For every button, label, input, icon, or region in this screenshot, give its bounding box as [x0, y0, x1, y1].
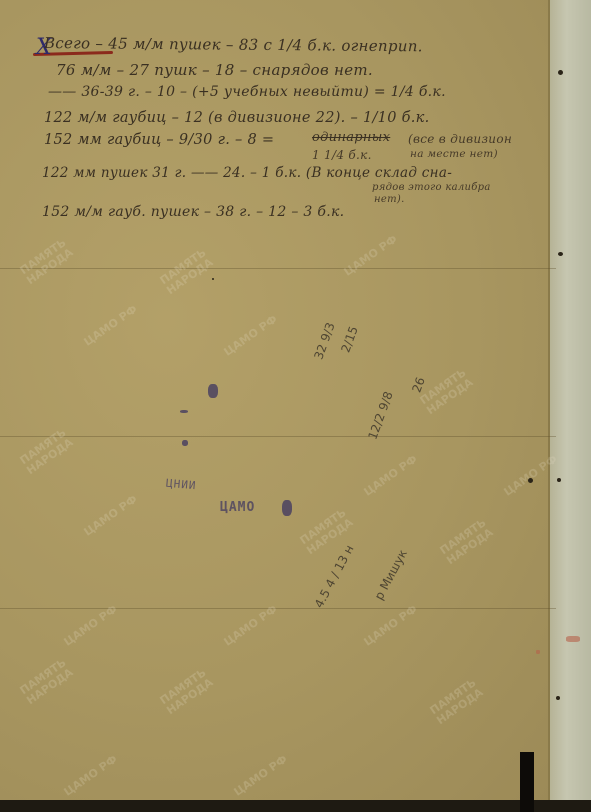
scan-bottom-border — [0, 800, 591, 812]
stamp-fragment — [282, 500, 292, 516]
ink-spot — [557, 478, 561, 482]
ink-spot — [528, 478, 533, 483]
handwritten-note: нет). — [374, 194, 405, 205]
stamp-text: ЦАМО — [220, 500, 255, 515]
handwritten-line: 152 м/м гауб. пушек – 38 г. – 12 – 3 б.к… — [42, 204, 344, 220]
handwritten-line: Всего – 45 м/м пушек – 83 с 1/4 б.к. огн… — [44, 34, 423, 55]
ink-spot — [556, 696, 560, 700]
binding-tab — [520, 752, 534, 812]
stamp-fragment — [180, 410, 188, 413]
handwritten-line: —— 36-39 г. – 10 – (+5 учебных невыйти) … — [48, 84, 446, 100]
fold-line — [0, 268, 556, 269]
fold-line — [0, 436, 556, 437]
ink-spot — [558, 252, 563, 256]
ink-spot — [558, 70, 563, 75]
rust-stain — [536, 650, 540, 654]
handwritten-line: 152 мм гаубиц – 9/30 г. – 8 = — [44, 132, 274, 148]
stamp-fragment — [182, 440, 188, 446]
struck-word: одинарных — [312, 130, 390, 145]
stamp-text: ЦНИИ — [165, 477, 197, 493]
handwritten-note: (все в дивизион — [408, 132, 512, 146]
fold-line — [0, 608, 556, 609]
handwritten-line: 122 мм пушек 31 г. —— 24. – 1 б.к. (В ко… — [42, 165, 452, 181]
handwritten-line: 76 м/м – 27 пушк – 18 – снарядов нет. — [56, 61, 373, 79]
stamp-fragment — [208, 384, 218, 398]
handwritten-note: на месте нет) — [410, 148, 498, 160]
handwritten-line: 122 м/м гаубиц – 12 (в дивизионе 22). – … — [44, 110, 430, 126]
handwritten-note: рядов этого калибра — [372, 182, 491, 193]
ink-spot — [212, 278, 214, 280]
handwritten-correction: 1 1/4 б.к. — [312, 148, 372, 162]
rust-stain — [566, 636, 580, 642]
margin-strip — [550, 0, 591, 812]
